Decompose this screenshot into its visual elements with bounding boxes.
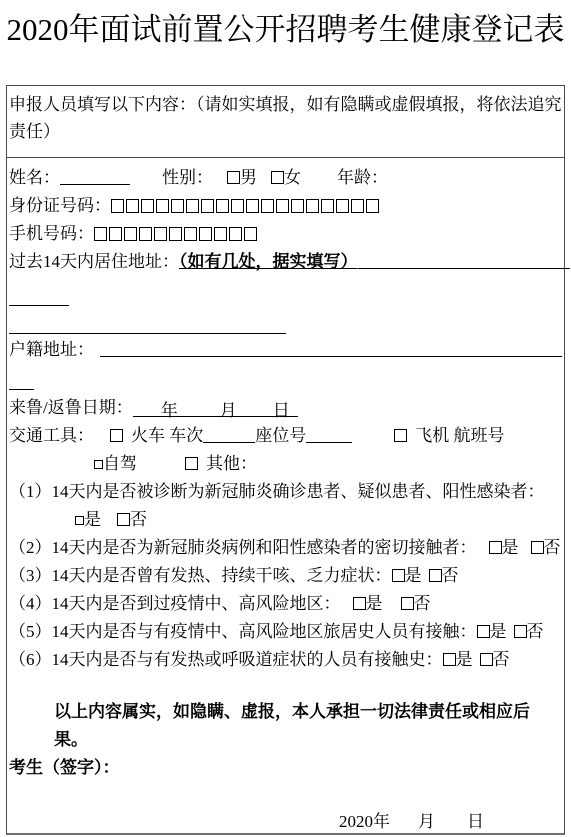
phone-digit-boxes <box>94 224 259 243</box>
question-4-row: （4）14天内是否到过疫情中、高风险地区：是否 <box>9 590 562 618</box>
name-gender-age-row: 姓名：性别：男女年龄： <box>9 164 562 192</box>
question-2-text: （2）14天内是否为新冠肺炎病例和阳性感染者的密切接触者： <box>9 538 477 557</box>
form-body-cell: 姓名：性别：男女年龄： 身份证号码： 手机号码： 过去14天内居住地址：（如有几… <box>7 158 564 836</box>
q1-no-checkbox[interactable] <box>117 513 130 526</box>
digit-box[interactable] <box>199 227 212 241</box>
question-4-text: （4）14天内是否到过疫情中、高风险地区： <box>9 594 341 613</box>
date-month: 月 <box>418 808 435 836</box>
q6-yes-checkbox[interactable] <box>443 653 456 666</box>
q3-yes-label: 是 <box>405 566 422 585</box>
self-drive-checkbox[interactable] <box>94 460 103 469</box>
year-label: 年 <box>161 401 178 420</box>
travel-date-input-line[interactable]: 年月日 <box>133 397 298 417</box>
q5-yes-checkbox[interactable] <box>477 625 490 638</box>
signature-label: 考生（签字）： <box>9 758 120 777</box>
q6-no-checkbox[interactable] <box>480 653 493 666</box>
digit-box[interactable] <box>321 199 334 213</box>
transport-row: 交通工具：火车 车次座位号飞机 航班号 <box>9 422 562 450</box>
train-checkbox[interactable] <box>110 429 123 442</box>
digit-box[interactable] <box>231 199 244 213</box>
household-address-row: 户籍地址： <box>9 336 562 364</box>
train-label: 火车 车次 <box>131 426 203 445</box>
age-label: 年龄： <box>337 168 388 187</box>
residence-input-line-1[interactable] <box>358 253 570 269</box>
phone-number-row: 手机号码： <box>9 220 562 248</box>
q6-no-label: 否 <box>493 650 510 669</box>
question-1-row: （1）14天内是否被诊断为新冠肺炎确诊患者、疑似患者、阳性感染者： <box>9 478 562 506</box>
q2-yes-checkbox[interactable] <box>489 541 502 554</box>
instruction-text: 申报人员填写以下内容：（请如实填报，如有隐瞒或虚假填报，将依法追究责任） <box>9 95 562 141</box>
gender-label: 性别： <box>162 168 213 187</box>
digit-box[interactable] <box>246 199 259 213</box>
residence-continuation-1 <box>9 276 562 310</box>
male-checkbox[interactable] <box>227 171 240 184</box>
q4-yes-checkbox[interactable] <box>353 597 366 610</box>
digit-box[interactable] <box>139 227 152 241</box>
id-number-row: 身份证号码： <box>9 192 562 220</box>
household-label: 户籍地址： <box>9 340 94 359</box>
instruction-cell: 申报人员填写以下内容：（请如实填报，如有隐瞒或虚假填报，将依法追究责任） <box>7 86 564 158</box>
digit-box[interactable] <box>214 227 227 241</box>
plane-checkbox[interactable] <box>394 429 407 442</box>
digit-box[interactable] <box>169 227 182 241</box>
residence-label: 过去14天内居住地址： <box>9 252 179 271</box>
question-3-text: （3）14天内是否曾有发热、持续干咳、乏力症状： <box>9 566 392 585</box>
digit-box[interactable] <box>261 199 274 213</box>
digit-box[interactable] <box>156 199 169 213</box>
male-label: 男 <box>240 168 257 187</box>
question-5-row: （5）14天内是否与有疫情中、高风险地区旅居史人员有接触：是否 <box>9 618 562 646</box>
residence-input-line-2[interactable] <box>9 290 69 306</box>
q2-yes-label: 是 <box>502 538 519 557</box>
id-label: 身份证号码： <box>9 196 111 215</box>
digit-box[interactable] <box>276 199 289 213</box>
question-2-row: （2）14天内是否为新冠肺炎病例和阳性感染者的密切接触者：是否 <box>9 534 562 562</box>
transport-row-2: 自驾其他： <box>9 450 562 478</box>
digit-box[interactable] <box>184 227 197 241</box>
other-label: 其他： <box>206 454 257 473</box>
q4-no-label: 否 <box>414 594 431 613</box>
name-input-line[interactable] <box>60 169 130 185</box>
q4-no-checkbox[interactable] <box>401 597 414 610</box>
q4-yes-label: 是 <box>366 594 383 613</box>
digit-box[interactable] <box>244 227 257 241</box>
month-label: 月 <box>220 401 237 420</box>
q1-yes-label: 是 <box>84 510 101 529</box>
declaration-row: 以上内容属实，如隐瞒、虚报，本人承担一切法律责任或相应后果。 <box>9 698 562 754</box>
other-checkbox[interactable] <box>185 457 198 470</box>
female-checkbox[interactable] <box>271 171 284 184</box>
household-continuation <box>9 364 562 394</box>
q6-yes-label: 是 <box>456 650 473 669</box>
day-label: 日 <box>273 401 290 420</box>
question-3-row: （3）14天内是否曾有发热、持续干咳、乏力症状：是否 <box>9 562 562 590</box>
digit-box[interactable] <box>291 199 304 213</box>
q5-no-checkbox[interactable] <box>514 625 527 638</box>
q2-no-checkbox[interactable] <box>531 541 544 554</box>
female-label: 女 <box>284 168 301 187</box>
digit-box[interactable] <box>186 199 199 213</box>
transport-label: 交通工具： <box>9 426 94 445</box>
date-day: 日 <box>467 808 484 836</box>
name-label: 姓名： <box>9 168 60 187</box>
question-6-text: （6）14天内是否与有发热或呼吸道症状的人员有接触史： <box>9 650 443 669</box>
question-6-row: （6）14天内是否与有发热或呼吸道症状的人员有接触史：是否 <box>9 646 562 674</box>
digit-box[interactable] <box>141 199 154 213</box>
travel-date-label: 来鲁/返鲁日期： <box>9 398 133 417</box>
seat-number-line[interactable] <box>306 427 352 443</box>
signature-row: 考生（签字）： <box>9 754 562 782</box>
declaration-text: 以上内容属实，如隐瞒、虚报，本人承担一切法律责任或相应后果。 <box>54 702 530 749</box>
q5-yes-label: 是 <box>490 622 507 641</box>
digit-box[interactable] <box>126 199 139 213</box>
household-input-line[interactable] <box>100 341 562 357</box>
digit-box[interactable] <box>201 199 214 213</box>
train-number-line[interactable] <box>203 427 255 443</box>
question-1-text: （1）14天内是否被诊断为新冠肺炎确诊患者、疑似患者、阳性感染者： <box>9 482 545 501</box>
digit-box[interactable] <box>366 199 379 213</box>
page-title: 2020年面试前置公开招聘考生健康登记表 <box>0 0 571 49</box>
residence-input-line-3[interactable] <box>9 318 286 334</box>
q3-yes-checkbox[interactable] <box>392 569 405 582</box>
digit-box[interactable] <box>154 227 167 241</box>
date-row: 2020年月日 <box>9 808 562 836</box>
q1-yes-checkbox[interactable] <box>75 516 84 525</box>
health-form-table: 申报人员填写以下内容：（请如实填报，如有隐瞒或虚假填报，将依法追究责任） 姓名：… <box>6 85 565 835</box>
q1-no-label: 否 <box>130 510 147 529</box>
digit-box[interactable] <box>216 199 229 213</box>
residence-hint: （如有几处，据实填写） <box>179 252 358 271</box>
digit-box[interactable] <box>111 199 124 213</box>
digit-box[interactable] <box>229 227 242 241</box>
q3-no-label: 否 <box>442 566 459 585</box>
seat-label: 座位号 <box>255 426 306 445</box>
digit-box[interactable] <box>109 227 122 241</box>
travel-date-row: 来鲁/返鲁日期：年月日 <box>9 394 562 422</box>
self-drive-label: 自驾 <box>103 454 137 473</box>
q5-no-label: 否 <box>527 622 544 641</box>
residence-address-row: 过去14天内居住地址：（如有几处，据实填写） <box>9 248 562 276</box>
date-year: 2020年 <box>339 808 390 836</box>
q3-no-checkbox[interactable] <box>429 569 442 582</box>
residence-continuation-2 <box>9 310 562 336</box>
plane-label: 飞机 航班号 <box>415 426 504 445</box>
digit-box[interactable] <box>306 199 319 213</box>
question-1-answer-row: 是否 <box>9 506 562 534</box>
household-input-line-2[interactable] <box>9 374 34 390</box>
question-5-text: （5）14天内是否与有疫情中、高风险地区旅居史人员有接触： <box>9 622 477 641</box>
digit-box[interactable] <box>336 199 349 213</box>
digit-box[interactable] <box>171 199 184 213</box>
id-digit-boxes <box>111 196 381 215</box>
digit-box[interactable] <box>351 199 364 213</box>
q2-no-label: 否 <box>544 538 561 557</box>
phone-label: 手机号码： <box>9 224 94 243</box>
digit-box[interactable] <box>124 227 137 241</box>
digit-box[interactable] <box>94 227 107 241</box>
